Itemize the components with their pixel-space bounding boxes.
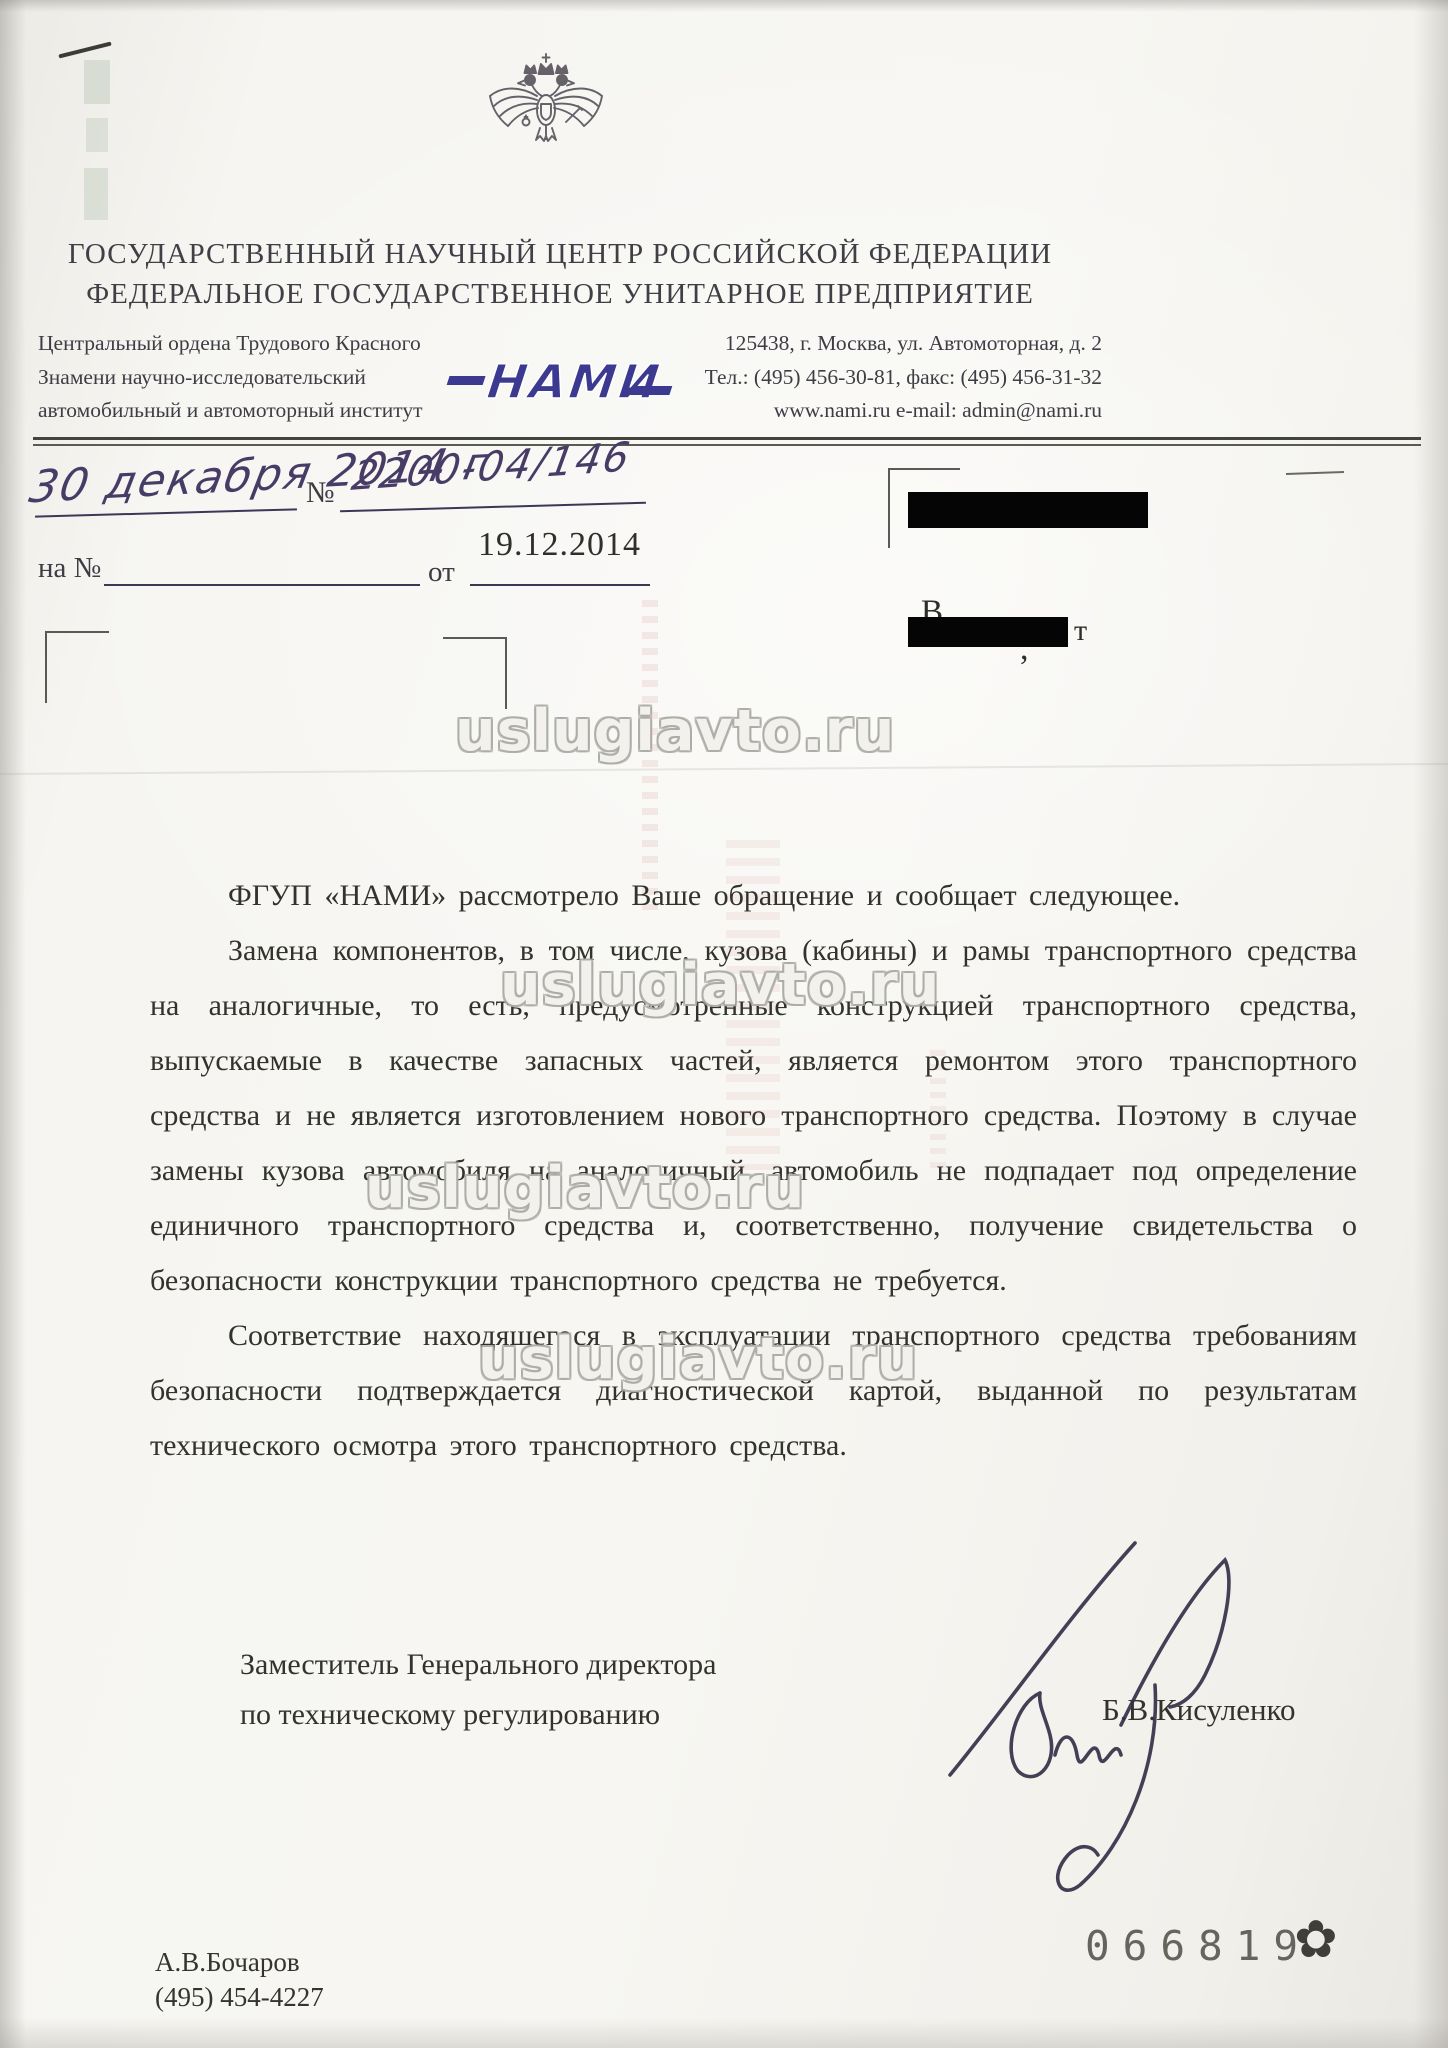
watermark: uslugiavto.ru	[500, 952, 940, 1018]
coat-of-arms-eagle-icon	[482, 46, 610, 186]
number-underline	[340, 502, 646, 513]
scan-artifact	[86, 118, 108, 152]
executor-block: А.В.Бочаров (495) 454-4227	[155, 1945, 324, 2015]
body-paragraph: ФГУП «НАМИ» рассмотрело Ваше обращение и…	[150, 868, 1357, 923]
contact-block: 125438, г. Москва, ул. Автомоторная, д. …	[660, 327, 1102, 428]
form-serial-number: 066819	[1085, 1922, 1311, 1970]
org-line: Центральный ордена Трудового Красного	[38, 327, 438, 361]
scan-edge-shadow-right	[1414, 0, 1448, 2048]
signer-title: Заместитель Генерального директора по те…	[240, 1640, 716, 1740]
nami-logo-text: НАМИ	[479, 355, 671, 410]
redaction-box-1	[908, 492, 1148, 528]
nami-logo: НАМИ	[424, 350, 676, 412]
number-sign-label: №	[306, 476, 335, 510]
watermark: uslugiavto.ru	[478, 1326, 918, 1392]
address-corner-mark-left	[45, 631, 109, 703]
org-line: Знамени научно-исследовательский	[38, 361, 438, 395]
reply-date-underline	[470, 584, 650, 586]
executor-phone: (495) 454-4227	[155, 1980, 324, 2015]
scanned-letter-page: ГОСУДАРСТВЕННЫЙ НАУЧНЫЙ ЦЕНТР РОССИЙСКОЙ…	[0, 0, 1448, 2048]
redacted-text-fragment: т	[1074, 614, 1087, 648]
executor-name: А.В.Бочаров	[155, 1945, 324, 1980]
organization-description: Центральный ордена Трудового Красного Зн…	[38, 327, 438, 428]
scan-edge-shadow-top	[0, 0, 1448, 12]
org-line: автомобильный и автомоторный институт	[38, 394, 438, 428]
pen-mark	[58, 42, 111, 59]
redacted-text-fragment: ,	[1020, 630, 1029, 668]
reply-from-label: от	[428, 556, 455, 589]
signer-title-line: по техническому регулированию	[240, 1690, 716, 1740]
reply-typed-date: 19.12.2014	[478, 526, 641, 564]
florette-icon: ✿	[1294, 1910, 1338, 1970]
recipient-corner-mark-right	[1286, 471, 1344, 475]
postal-address: 125438, г. Москва, ул. Автомоторная, д. …	[660, 327, 1102, 361]
fold-crease	[0, 763, 1448, 775]
nami-logo-bar-left	[447, 376, 486, 385]
watermark: uslugiavto.ru	[455, 698, 895, 764]
letterhead-title-line2: ФЕДЕРАЛЬНОЕ ГОСУДАРСТВЕННОЕ УНИТАРНОЕ ПР…	[0, 278, 1120, 311]
phone-fax: Тел.: (495) 456-30-81, факс: (495) 456-3…	[660, 361, 1102, 395]
scan-artifact	[84, 60, 110, 104]
letterhead-divider-rule	[33, 437, 1421, 446]
scan-edge-shadow-bottom	[0, 2018, 1448, 2048]
watermark: uslugiavto.ru	[365, 1155, 805, 1221]
reply-number-label: на №	[38, 552, 101, 585]
handwritten-signature	[920, 1525, 1270, 1920]
reply-number-underline	[104, 584, 420, 586]
web-email: www.nami.ru e-mail: admin@nami.ru	[660, 394, 1102, 428]
redaction-box-2	[908, 617, 1068, 647]
signer-title-line: Заместитель Генерального директора	[240, 1640, 716, 1690]
scan-artifact	[84, 168, 108, 220]
letterhead-title-line1: ГОСУДАРСТВЕННЫЙ НАУЧНЫЙ ЦЕНТР РОССИЙСКОЙ…	[0, 238, 1120, 271]
